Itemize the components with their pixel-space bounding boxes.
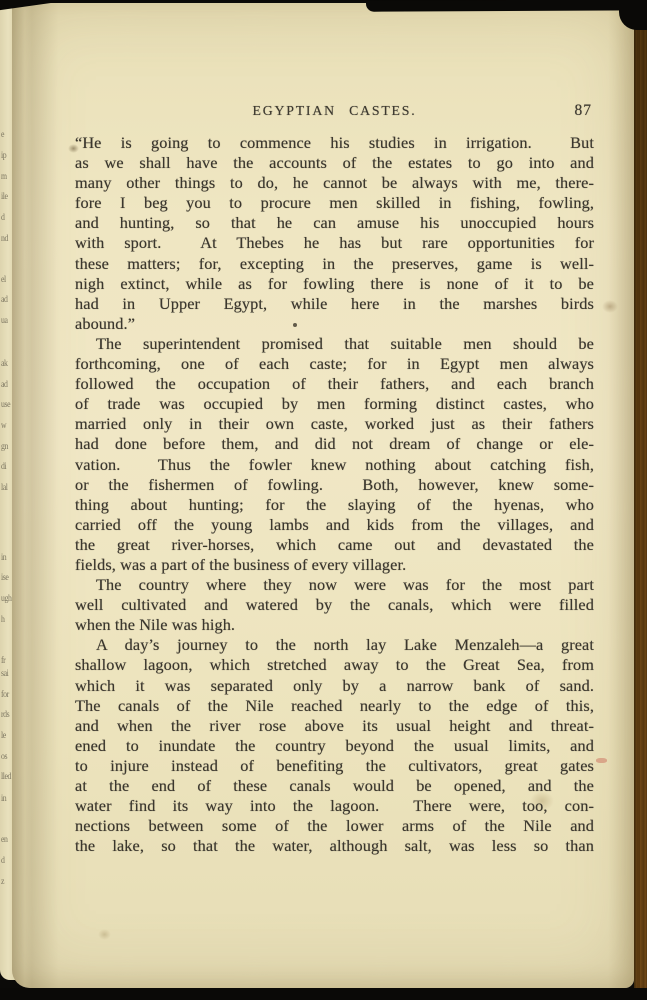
page-bleed-text-fragment: ugh (1, 594, 11, 604)
text-line: had in Upper Egypt, while here in the ma… (75, 294, 594, 314)
page-bleed-text-fragment: en (1, 835, 8, 845)
text-line: “He is going to commence his studies in … (75, 133, 594, 153)
text-line: forthcoming, one of each caste; for in E… (75, 354, 594, 374)
page-bleed-text-fragment: ise (1, 573, 8, 583)
page-bleed-text-fragment: h (1, 615, 4, 625)
paragraph: The superintendent promised that suitabl… (75, 334, 594, 575)
text-line: at the end of these canals would be open… (75, 776, 594, 796)
page-text: EGYPTIAN CASTES. 87 “He is going to comm… (75, 101, 594, 856)
book-fore-edge (634, 10, 647, 990)
page-bleed-text-fragment: d (1, 213, 4, 223)
page-bleed-text-fragment: rds (1, 710, 9, 720)
page-bleed-text-fragment: in (1, 794, 6, 804)
page-bleed-text-fragment: in (1, 553, 6, 563)
text-line: or the fishermen of fowling. Both, howev… (75, 475, 594, 495)
text-line: shallow lagoon, which stretched away to … (75, 655, 594, 675)
page-bleed-text-fragment: fr (1, 656, 5, 666)
paragraph: A day’s journey to the north lay Lake Me… (75, 635, 594, 856)
page-bleed-text-fragment: nd (1, 234, 8, 244)
text-line: the lake, so that the water, although sa… (75, 836, 594, 856)
body-text: “He is going to commence his studies in … (75, 133, 594, 856)
text-line: to injure instead of benefiting the cult… (75, 756, 594, 776)
text-line: which it was separated only by a narrow … (75, 676, 594, 696)
page-bleed-text-fragment: gn (1, 442, 8, 452)
text-line: and when the river rose above its usual … (75, 716, 594, 736)
text-line: and hunting, so that he can amuse his un… (75, 213, 594, 233)
page-bleed-text-fragment: le (1, 731, 6, 741)
paper-smudge (602, 300, 618, 313)
photo-edge-bottom (0, 988, 647, 1000)
paragraph: The country where they now were was for … (75, 575, 594, 635)
text-line: well cultivated and watered by the canal… (75, 595, 594, 615)
page-bleed-text-fragment: ua (1, 316, 8, 326)
text-line: had done before them, and did not dream … (75, 434, 594, 454)
page-bleed-text-fragment: lled (1, 772, 11, 782)
text-line: water find its way into the lagoon. Ther… (75, 796, 594, 816)
scanned-book-photo: eipmiledndeladuaakadusewgndilaliniseughh… (0, 0, 647, 1000)
page-bleed-text-fragment: d (1, 856, 4, 866)
text-line: The superintendent promised that suitabl… (75, 334, 594, 354)
text-line: married only in their own caste, worked … (75, 414, 594, 434)
text-line: abound.” (75, 314, 594, 334)
text-line: these matters; for, excepting in the pre… (75, 254, 594, 274)
text-line: with sport. At Thebes he has but rare op… (75, 233, 594, 253)
page-bleed-text-fragment: lal (1, 483, 8, 493)
page-bleed-text-fragment: w (1, 421, 6, 431)
text-line: followed the occupation of their fathers… (75, 374, 594, 394)
text-line: thing about hunting; for the slaying of … (75, 495, 594, 515)
page-bleed-text-fragment: ad (1, 295, 8, 305)
page-bleed-text-fragment: ile (1, 192, 8, 202)
page-bleed-text-fragment: m (1, 172, 7, 182)
text-line: fore I beg you to procure men skilled in… (75, 193, 594, 213)
text-line: ened to inundate the country beyond the … (75, 736, 594, 756)
page-bleed-text-fragment: os (1, 752, 7, 762)
page-bleed-text-fragment: ip (1, 151, 6, 161)
text-line: nigh extinct, while as for fowling there… (75, 274, 594, 294)
text-line: A day’s journey to the north lay Lake Me… (75, 635, 594, 655)
paragraph: “He is going to commence his studies in … (75, 133, 594, 334)
text-line: the great river-horses, which came out a… (75, 535, 594, 555)
page-bleed-text-fragment: di (1, 462, 6, 472)
text-line: when the Nile was high. (75, 615, 594, 635)
page-bleed-text-fragment: for (1, 690, 9, 700)
text-line: as we shall have the accounts of the est… (75, 153, 594, 173)
pink-mark (596, 758, 607, 763)
text-line: many other things to do, he cannot be al… (75, 173, 594, 193)
text-line: fields, was a part of the business of ev… (75, 555, 594, 575)
text-line: of trade was occupied by men forming dis… (75, 394, 594, 414)
text-line: carried off the young lambs and kids fro… (75, 515, 594, 535)
text-line: vation. Thus the fowler knew nothing abo… (75, 455, 594, 475)
page-title: EGYPTIAN CASTES. (252, 103, 416, 118)
paper-smudge (98, 929, 111, 940)
page-bleed-text-fragment: z (1, 877, 4, 887)
page-bleed-text-fragment: ak (1, 359, 8, 369)
page-number: 87 (575, 101, 593, 121)
running-header: EGYPTIAN CASTES. 87 (75, 101, 594, 118)
text-line: The country where they now were was for … (75, 575, 594, 595)
text-line: The canals of the Nile reached nearly to… (75, 696, 594, 716)
page-bleed-text-fragment: use (1, 400, 10, 410)
page-bleed-text-fragment: el (1, 275, 6, 285)
page-bleed-text-fragment: e (1, 130, 4, 140)
page-bleed-text-fragment: ad (1, 380, 8, 390)
photo-edge-top-right (366, 0, 647, 12)
page-bleed-text-fragment: sai (1, 669, 8, 679)
text-line: nections between some of the lower arms … (75, 816, 594, 836)
